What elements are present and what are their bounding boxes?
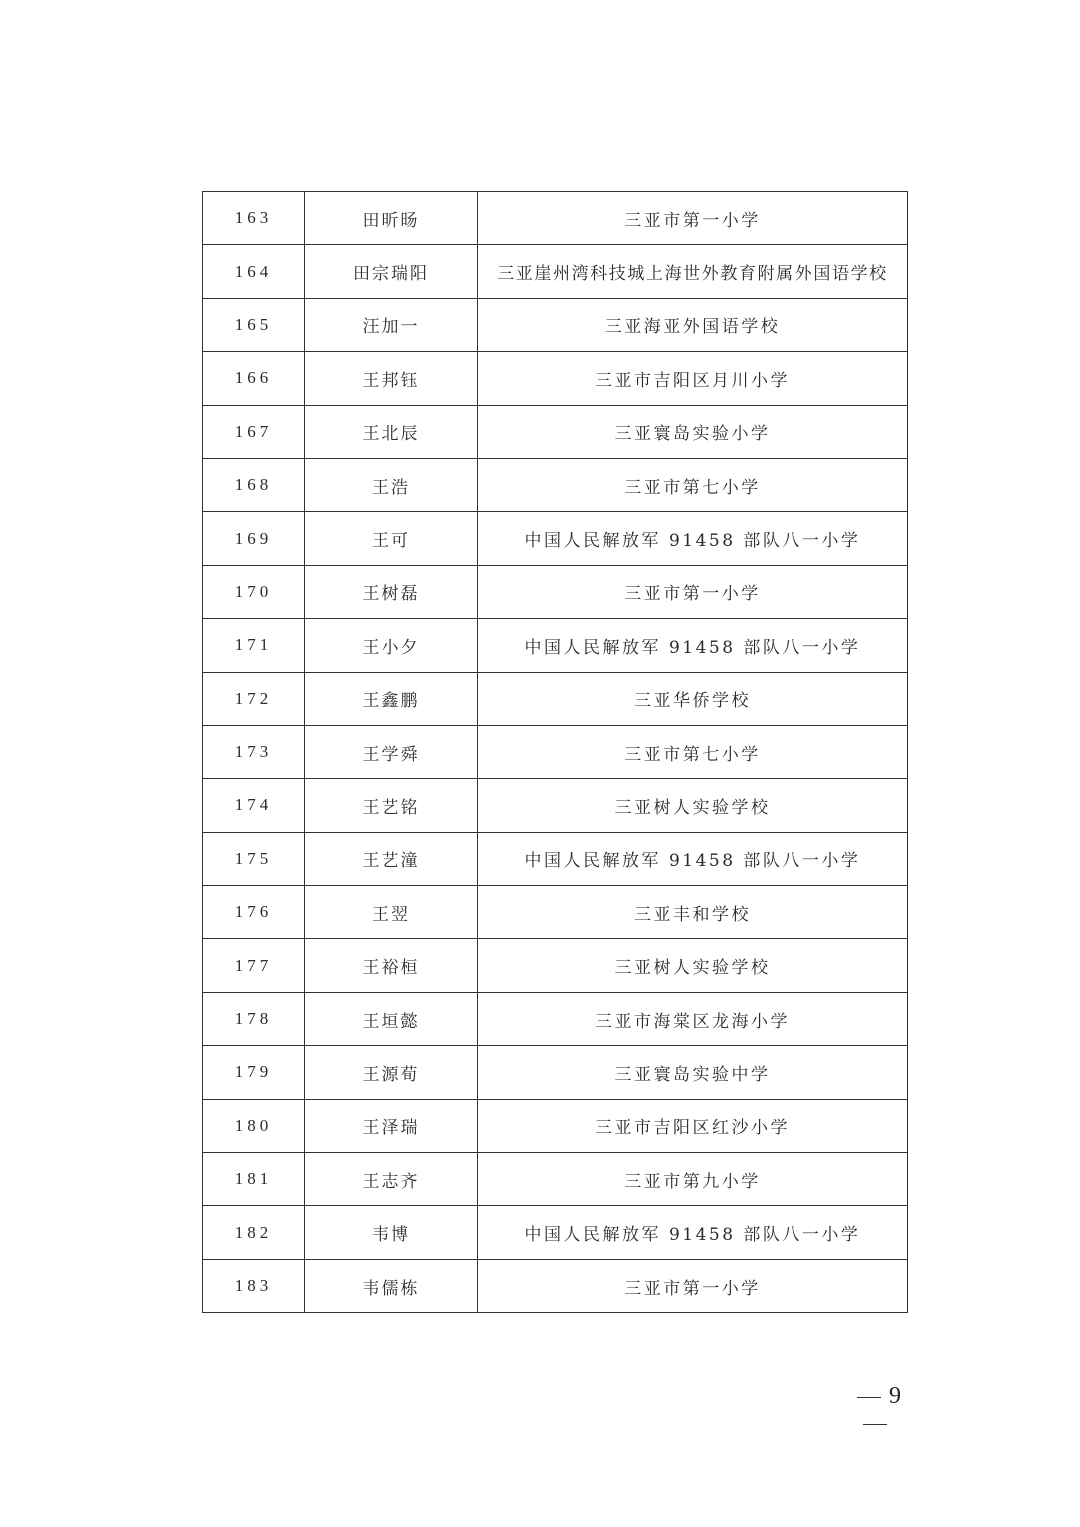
page-number: 9 <box>889 1383 901 1409</box>
school-name: 中国人民解放军 91458 部队八一小学 <box>478 1206 908 1259</box>
student-name: 王源荀 <box>305 1046 478 1099</box>
student-name: 王北辰 <box>305 405 478 458</box>
table-row: 168王浩三亚市第七小学 <box>203 458 908 511</box>
student-name: 王翌 <box>305 886 478 939</box>
row-number: 173 <box>203 725 305 778</box>
row-number: 165 <box>203 298 305 351</box>
table-row: 165汪加一三亚海亚外国语学校 <box>203 298 908 351</box>
row-number: 181 <box>203 1153 305 1206</box>
right-dash <box>863 1424 887 1425</box>
student-name: 韦儒栋 <box>305 1259 478 1312</box>
student-name: 王可 <box>305 512 478 565</box>
school-name: 中国人民解放军 91458 部队八一小学 <box>478 512 908 565</box>
school-name: 三亚市海棠区龙海小学 <box>478 992 908 1045</box>
school-name: 三亚市第一小学 <box>478 1259 908 1312</box>
table-row: 181王志齐三亚市第九小学 <box>203 1153 908 1206</box>
row-number: 182 <box>203 1206 305 1259</box>
table-row: 169王可中国人民解放军 91458 部队八一小学 <box>203 512 908 565</box>
row-number: 183 <box>203 1259 305 1312</box>
table-body: 163田昕旸三亚市第一小学 164田宗瑞阳三亚崖州湾科技城上海世外教育附属外国语… <box>203 192 908 1313</box>
left-dash <box>857 1397 881 1398</box>
student-name: 王学舜 <box>305 725 478 778</box>
school-name: 三亚市第七小学 <box>478 725 908 778</box>
row-number: 176 <box>203 886 305 939</box>
row-number: 179 <box>203 1046 305 1099</box>
school-name: 三亚寰岛实验中学 <box>478 1046 908 1099</box>
student-name: 王小夕 <box>305 619 478 672</box>
table-row: 175王艺潼中国人民解放军 91458 部队八一小学 <box>203 832 908 885</box>
school-name: 三亚崖州湾科技城上海世外教育附属外国语学校 <box>478 245 908 298</box>
row-number: 180 <box>203 1099 305 1152</box>
table-row: 182韦博中国人民解放军 91458 部队八一小学 <box>203 1206 908 1259</box>
table-row: 179王源荀三亚寰岛实验中学 <box>203 1046 908 1099</box>
page-number-footer: 9 <box>830 1383 920 1437</box>
school-name: 三亚市第一小学 <box>478 565 908 618</box>
student-name: 王艺潼 <box>305 832 478 885</box>
school-name: 中国人民解放军 91458 部队八一小学 <box>478 832 908 885</box>
school-name: 三亚丰和学校 <box>478 886 908 939</box>
row-number: 164 <box>203 245 305 298</box>
row-number: 178 <box>203 992 305 1045</box>
row-number: 170 <box>203 565 305 618</box>
row-number: 168 <box>203 458 305 511</box>
school-name: 三亚寰岛实验小学 <box>478 405 908 458</box>
student-name: 韦博 <box>305 1206 478 1259</box>
student-name: 王裕桓 <box>305 939 478 992</box>
student-name: 王泽瑞 <box>305 1099 478 1152</box>
table-row: 178王垣懿三亚市海棠区龙海小学 <box>203 992 908 1045</box>
row-number: 175 <box>203 832 305 885</box>
table-row: 177王裕桓三亚树人实验学校 <box>203 939 908 992</box>
student-name: 田昕旸 <box>305 192 478 245</box>
student-name: 王艺铭 <box>305 779 478 832</box>
student-name: 田宗瑞阳 <box>305 245 478 298</box>
student-name: 王志齐 <box>305 1153 478 1206</box>
row-number: 174 <box>203 779 305 832</box>
table-row: 180王泽瑞三亚市吉阳区红沙小学 <box>203 1099 908 1152</box>
school-name: 三亚市第七小学 <box>478 458 908 511</box>
school-name: 三亚树人实验学校 <box>478 939 908 992</box>
row-number: 177 <box>203 939 305 992</box>
row-number: 171 <box>203 619 305 672</box>
row-number: 167 <box>203 405 305 458</box>
table-row: 174王艺铭三亚树人实验学校 <box>203 779 908 832</box>
student-name: 王鑫鹏 <box>305 672 478 725</box>
student-name: 王浩 <box>305 458 478 511</box>
row-number: 172 <box>203 672 305 725</box>
row-number: 169 <box>203 512 305 565</box>
row-number: 163 <box>203 192 305 245</box>
table-row: 176王翌三亚丰和学校 <box>203 886 908 939</box>
school-name: 三亚华侨学校 <box>478 672 908 725</box>
school-name: 三亚市吉阳区红沙小学 <box>478 1099 908 1152</box>
table-row: 170王树磊三亚市第一小学 <box>203 565 908 618</box>
table-row: 166王邦钰三亚市吉阳区月川小学 <box>203 352 908 405</box>
school-name: 三亚市第一小学 <box>478 192 908 245</box>
school-name: 三亚市吉阳区月川小学 <box>478 352 908 405</box>
school-name: 三亚市第九小学 <box>478 1153 908 1206</box>
student-list-table: 163田昕旸三亚市第一小学 164田宗瑞阳三亚崖州湾科技城上海世外教育附属外国语… <box>202 191 908 1313</box>
student-name: 王树磊 <box>305 565 478 618</box>
table-row: 164田宗瑞阳三亚崖州湾科技城上海世外教育附属外国语学校 <box>203 245 908 298</box>
table-row: 167王北辰三亚寰岛实验小学 <box>203 405 908 458</box>
table-row: 171王小夕中国人民解放军 91458 部队八一小学 <box>203 619 908 672</box>
school-name: 三亚海亚外国语学校 <box>478 298 908 351</box>
table-row: 163田昕旸三亚市第一小学 <box>203 192 908 245</box>
student-name: 汪加一 <box>305 298 478 351</box>
school-name: 中国人民解放军 91458 部队八一小学 <box>478 619 908 672</box>
row-number: 166 <box>203 352 305 405</box>
student-name: 王邦钰 <box>305 352 478 405</box>
school-name: 三亚树人实验学校 <box>478 779 908 832</box>
student-name: 王垣懿 <box>305 992 478 1045</box>
table-row: 183韦儒栋三亚市第一小学 <box>203 1259 908 1312</box>
table-row: 173王学舜三亚市第七小学 <box>203 725 908 778</box>
document-page: 163田昕旸三亚市第一小学 164田宗瑞阳三亚崖州湾科技城上海世外教育附属外国语… <box>0 0 1080 1527</box>
table-row: 172王鑫鹏三亚华侨学校 <box>203 672 908 725</box>
